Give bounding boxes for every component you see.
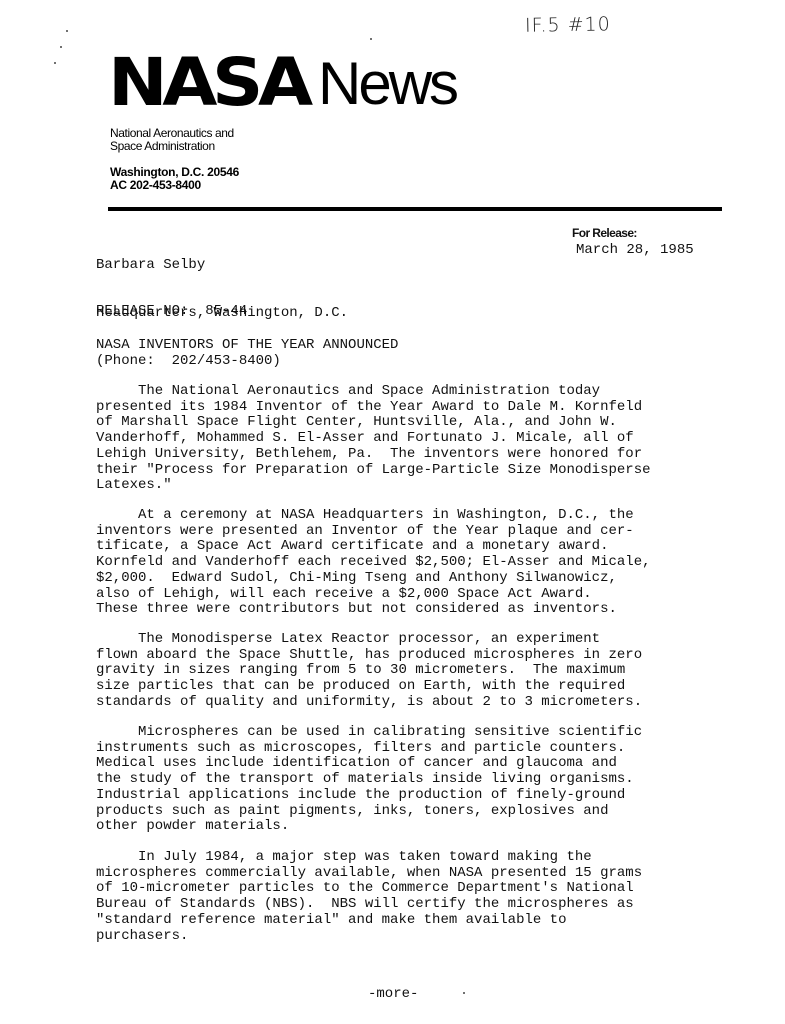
release-label: For Release: [572,226,637,240]
news-wordmark: News [318,54,456,114]
agency-line-2: Space Administration [110,140,234,153]
body-paragraph: In July 1984, a major step was taken tow… [96,850,736,944]
scan-speck [54,62,56,64]
continuation-marker: -more- [368,986,418,1002]
handwritten-note: IF.5 #10 [525,13,611,36]
nasa-logo: NASA [108,52,308,114]
release-number: RELEASE NO: 85-44 [96,303,247,319]
body-paragraph: The National Aeronautics and Space Admin… [96,384,736,494]
scan-speck [370,38,372,40]
headline: NASA INVENTORS OF THE YEAR ANNOUNCED [96,337,398,353]
header-divider [108,207,722,211]
body-paragraph: At a ceremony at NASA Headquarters in Wa… [96,508,736,618]
address-line-2: AC 202-453-8400 [110,179,239,192]
agency-name: National Aeronautics and Space Administr… [110,127,234,153]
release-date: March 28, 1985 [576,242,694,258]
contact-phone: (Phone: 202/453-8400) [96,353,348,369]
agency-address: Washington, D.C. 20546 AC 202-453-8400 [110,166,239,192]
scan-speck [60,46,62,48]
contact-name: Barbara Selby [96,257,348,273]
scan-speck [463,992,465,994]
scan-speck [66,30,68,32]
body-paragraph: Microspheres can be used in calibrating … [96,725,736,835]
body-paragraph: The Monodisperse Latex Reactor processor… [96,632,736,711]
